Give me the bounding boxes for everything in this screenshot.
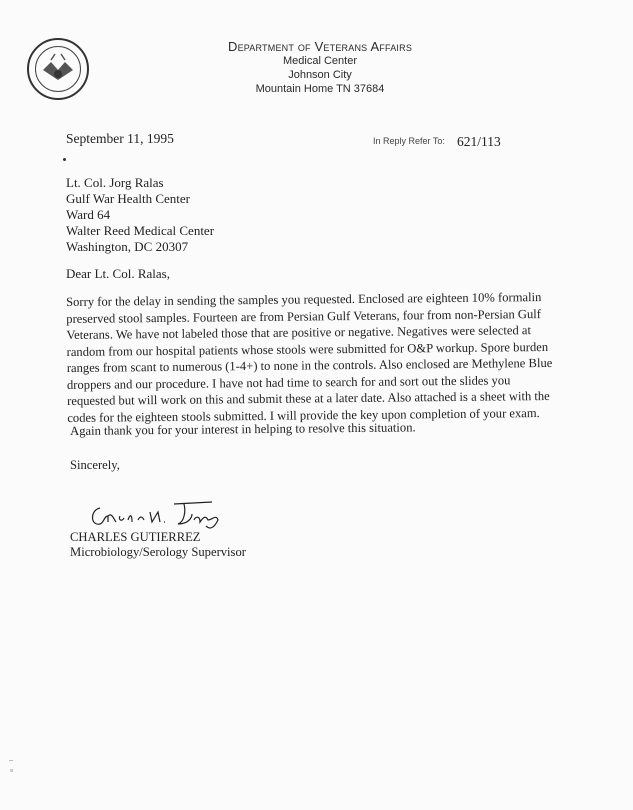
recipient-address: Lt. Col. Jorg Ralas Gulf War Health Cent…	[66, 175, 214, 255]
letterhead-line: Mountain Home TN 37684	[195, 82, 445, 96]
eagle-icon	[29, 40, 87, 98]
signature-icon	[88, 498, 228, 532]
letterhead: Department of Veterans Affairs Medical C…	[195, 40, 445, 96]
scan-artifact	[8, 758, 16, 778]
salutation: Dear Lt. Col. Ralas,	[66, 266, 170, 282]
address-line: Gulf War Health Center	[66, 191, 214, 207]
address-line: Washington, DC 20307	[66, 239, 214, 255]
letterhead-line: Johnson City	[195, 68, 445, 82]
address-line: Walter Reed Medical Center	[66, 223, 214, 239]
reference-number: 621/113	[457, 134, 501, 150]
signer-name: CHARLES GUTIERREZ	[70, 530, 200, 545]
department-name: Department of Veterans Affairs	[195, 40, 445, 54]
body-paragraph: Sorry for the delay in sending the sampl…	[66, 288, 595, 426]
address-line: Lt. Col. Jorg Ralas	[66, 175, 214, 191]
address-line: Ward 64	[66, 207, 214, 223]
closing-paragraph: Again thank you for your interest in hel…	[70, 420, 416, 439]
letterhead-line: Medical Center	[195, 54, 445, 68]
va-seal-icon	[27, 38, 89, 100]
letter-date: September 11, 1995	[66, 131, 174, 147]
stray-mark	[63, 158, 66, 161]
sign-off: Sincerely,	[70, 458, 120, 473]
signer-title: Microbiology/Serology Supervisor	[70, 545, 246, 560]
reference-label: In Reply Refer To:	[373, 136, 445, 146]
